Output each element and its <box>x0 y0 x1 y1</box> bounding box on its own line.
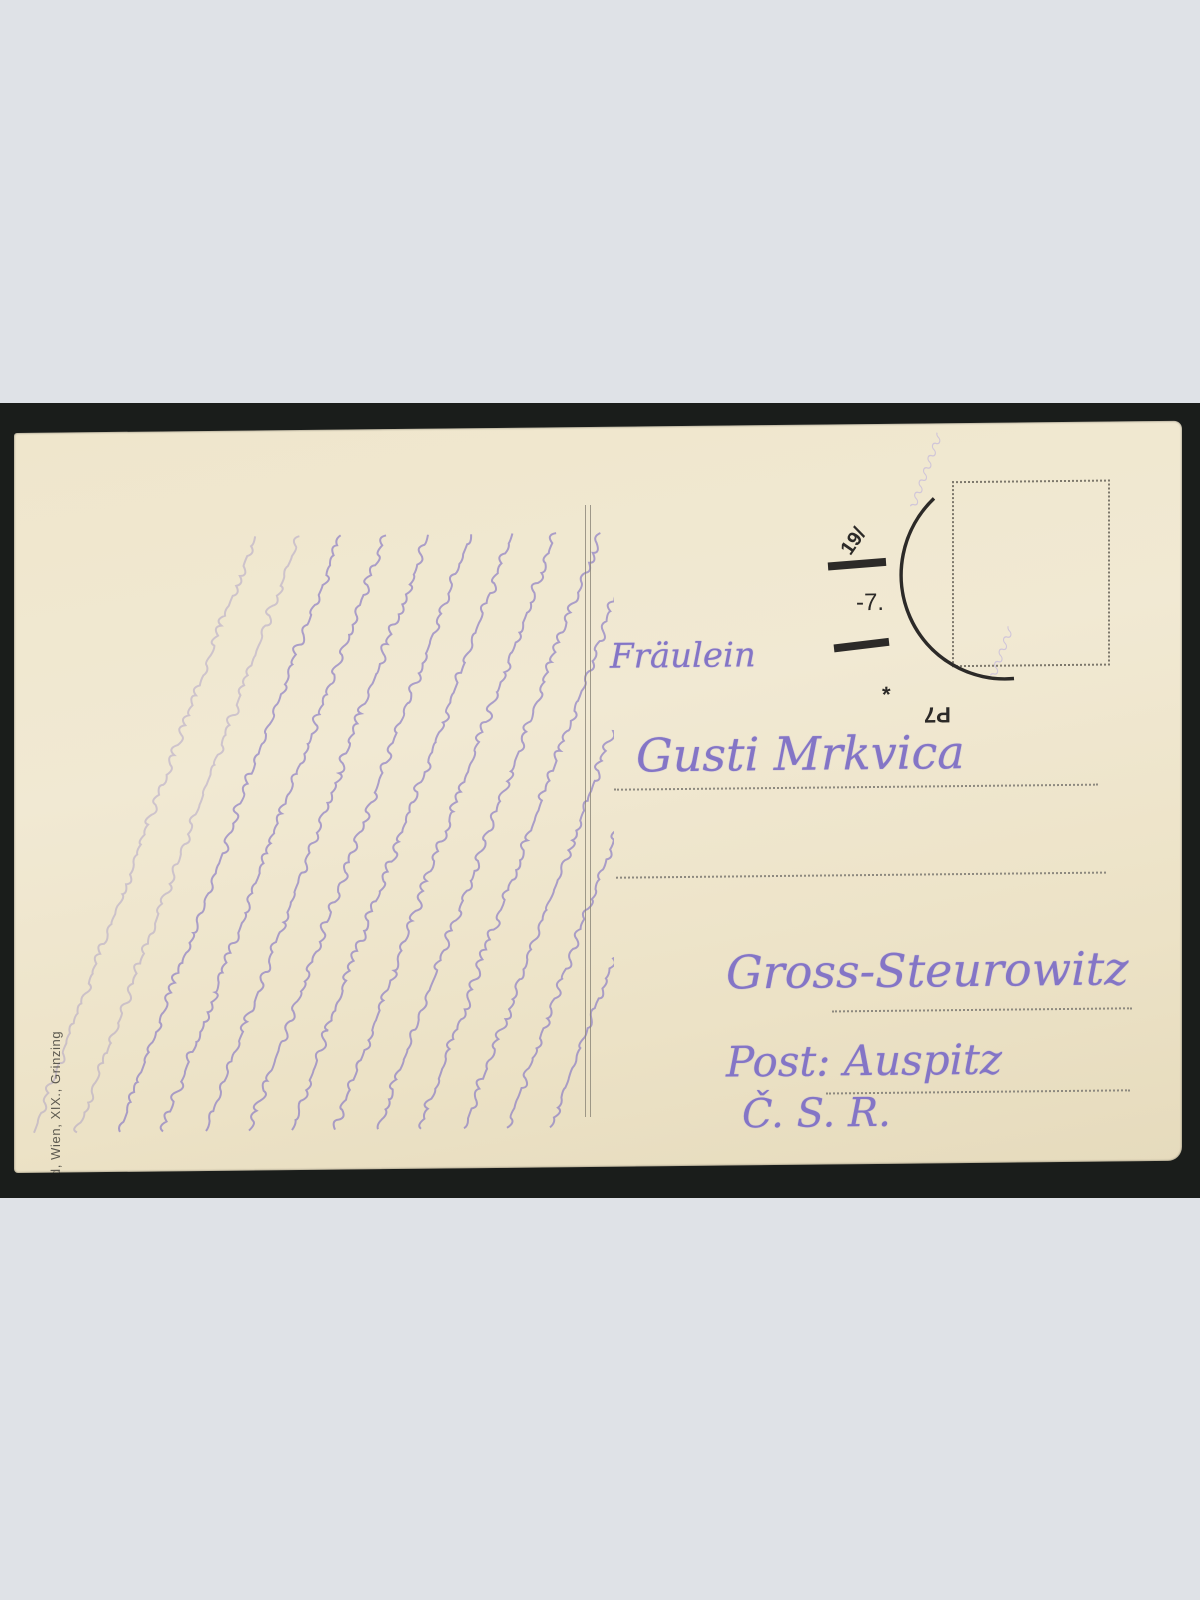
address-town: Gross-Steurowitz <box>726 941 1129 999</box>
address-line-3 <box>832 1007 1132 1012</box>
postcard-scan: 〰︎〰︎〰︎ 〰︎〰︎ Verlag Johann Höld, Wien, XI… <box>0 403 1200 1198</box>
address-line-2 <box>616 872 1106 879</box>
postmark: 19/ -7. * P7 <box>814 482 1054 725</box>
address-post-office: Post: Auspitz <box>726 1035 1002 1087</box>
address-salutation: Fräulein <box>610 635 756 677</box>
center-divider-line <box>585 505 591 1117</box>
handwriting-strokes <box>14 427 614 1173</box>
publisher-imprint: Verlag Johann Höld, Wien, XIX., Grinzing <box>48 1031 63 1173</box>
handwritten-message <box>14 427 614 1173</box>
postmark-ring-icon <box>814 482 1054 725</box>
postmark-star: * <box>882 682 891 708</box>
address-name: Gusti Mrkvica <box>636 725 965 782</box>
address-country: Č. S. R. <box>742 1090 891 1138</box>
address-line-1 <box>614 784 1098 791</box>
postcard: 〰︎〰︎〰︎ 〰︎〰︎ Verlag Johann Höld, Wien, XI… <box>14 421 1182 1173</box>
postmark-date: -7. <box>856 589 884 617</box>
postmark-code: P7 <box>924 701 951 727</box>
